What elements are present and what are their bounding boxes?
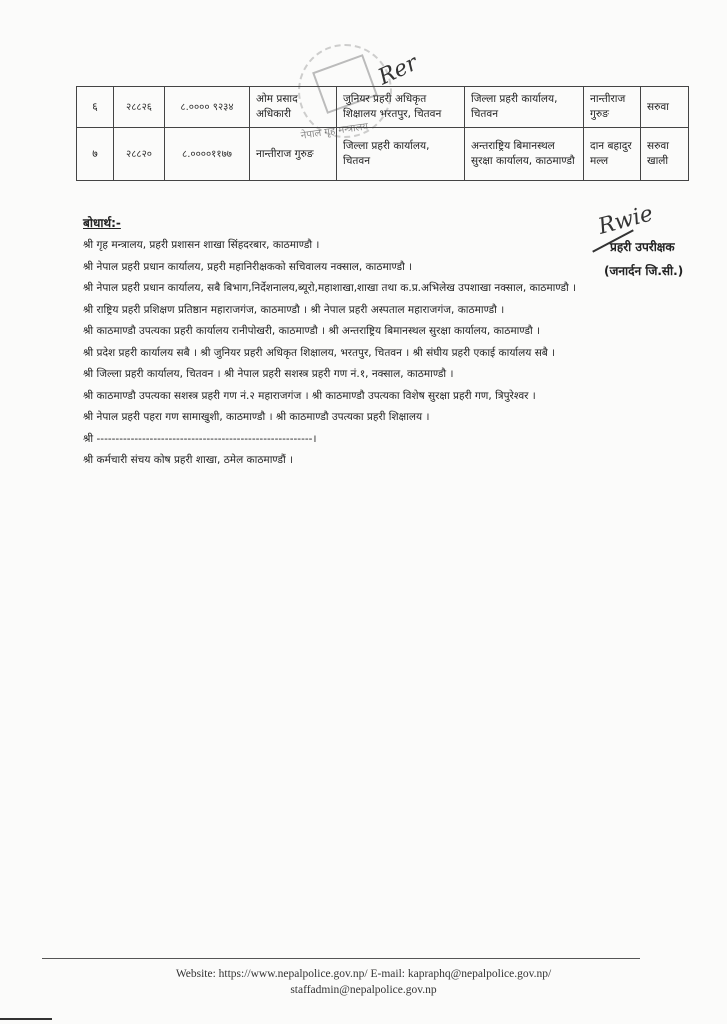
bodhartha-heading: बोधार्थ:-	[83, 214, 121, 231]
table-row: ७ २८८२० ८.००००११७७ नान्तीराज गुरुङ जिल्ल…	[77, 128, 689, 181]
cell-code: ८.०००० ९२३४	[165, 87, 250, 128]
cell-replacement: नान्तीराज गुरुङ	[584, 87, 641, 128]
cell-replacement: दान बहादुर मल्ल	[584, 128, 641, 181]
cell-id: २८८२०	[114, 128, 165, 181]
signatory-name: (जनार्दन जि.सी.)	[604, 262, 683, 279]
footer-contact-line1: Website: https://www.nepalpolice.gov.np/…	[0, 966, 727, 982]
footer-contact-line2: staffadmin@nepalpolice.gov.np	[0, 982, 727, 998]
cc-item: श्री राष्ट्रिय प्रहरी प्रशिक्षण प्रतिष्ठ…	[83, 300, 643, 322]
cc-item: श्री गृह मन्त्रालय, प्रहरी प्रशासन शाखा …	[83, 235, 643, 257]
cc-item: श्री प्रदेश प्रहरी कार्यालय सबै । श्री ज…	[83, 343, 643, 365]
cell-name: ओम प्रसाद अधिकारी	[250, 87, 337, 128]
cell-to-office: अन्तराष्ट्रिय बिमानस्थल सुरक्षा कार्यालय…	[465, 128, 584, 181]
transfer-table: ६ २८८२६ ८.०००० ९२३४ ओम प्रसाद अधिकारी जु…	[76, 86, 689, 181]
cell-remark: सरुवा खाली	[641, 128, 689, 181]
cc-item: श्री कर्मचारी संचय कोष प्रहरी शाखा, ठमेल…	[83, 450, 643, 472]
footer-divider	[42, 958, 640, 959]
cell-id: २८८२६	[114, 87, 165, 128]
cc-item: श्री काठमाण्डौ उपत्यका प्रहरी कार्यालय र…	[83, 321, 643, 343]
footer: Website: https://www.nepalpolice.gov.np/…	[0, 966, 727, 998]
cc-item: श्री काठमाण्डौ उपत्यका सशस्त्र प्रहरी गण…	[83, 386, 643, 408]
cc-item: श्री नेपाल प्रहरी प्रधान कार्यालय, सबै ब…	[83, 278, 643, 300]
signature-initial: Rer	[375, 51, 422, 91]
cc-list: श्री गृह मन्त्रालय, प्रहरी प्रशासन शाखा …	[83, 235, 643, 472]
cc-item: श्री जिल्ला प्रहरी कार्यालय, चितवन । श्र…	[83, 364, 643, 386]
corner-mark	[0, 1018, 52, 1020]
cell-code: ८.००००११७७	[165, 128, 250, 181]
signatory-designation: प्रहरी उपरीक्षक	[610, 238, 675, 255]
cc-item: श्री नेपाल प्रहरी प्रधान कार्यालय, प्रहर…	[83, 257, 643, 279]
cell-from-office: जिल्ला प्रहरी कार्यालय, चितवन	[337, 128, 465, 181]
cell-sn: ७	[77, 128, 114, 181]
cc-item: श्री -----------------------------------…	[83, 429, 643, 451]
cc-item: श्री नेपाल प्रहरी पहरा गण सामाखुशी, काठम…	[83, 407, 643, 429]
cell-sn: ६	[77, 87, 114, 128]
cell-to-office: जिल्ला प्रहरी कार्यालय, चितवन	[465, 87, 584, 128]
cell-remark: सरुवा	[641, 87, 689, 128]
